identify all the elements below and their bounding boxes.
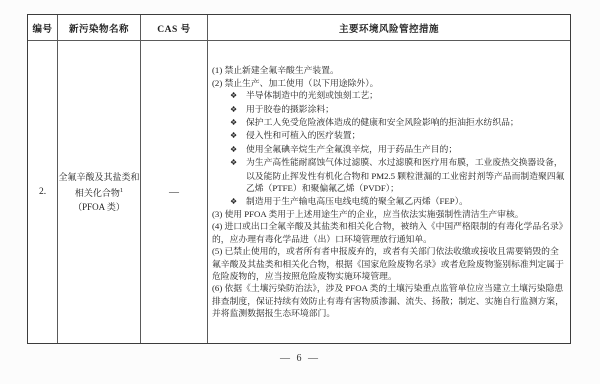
measure-paragraph: (6) 依据《土壤污染防治法》，涉及 PFOA 类的土壤污染重点监管单位应当建立…	[212, 282, 565, 319]
diamond-bullet-icon: ❖	[230, 130, 246, 142]
diamond-bullet-icon: ❖	[230, 90, 246, 102]
measure-text: 使用全氟碘辛烷生产全氟溴辛烷，用于药品生产目的；	[246, 144, 457, 154]
pollutant-name-line2: 相关化合物1	[58, 184, 139, 200]
measure-text: 制造用于生产输电高压电线电缆的聚全氟乙丙烯（FEP）。	[246, 196, 468, 206]
diamond-bullet-icon: ❖	[230, 144, 246, 156]
measure-bullet-item: ❖半导体制造中的光刻或蚀刻工艺；	[212, 89, 565, 102]
row-number-cell: 2.	[28, 41, 58, 343]
measure-paragraph: (5) 已禁止使用的，或者所有者申报废弃的，或者有关部门依法收缴或接收且需要销毁…	[212, 245, 565, 282]
diamond-bullet-icon: ❖	[230, 196, 246, 208]
pollutant-name-cell: 全氟辛酸及其盐类和 相关化合物1 （PFOA 类）	[58, 41, 141, 343]
measure-paragraph: (3) 使用 PFOA 类用于上述用途生产的企业，应当依法实施强制性清洁生产审核…	[212, 208, 565, 220]
header-cell-number: 编号	[28, 15, 58, 40]
header-cell-measures: 主要环境风险管控措施	[208, 15, 570, 40]
footnote-marker: 1	[120, 187, 123, 194]
table-header-row: 编号 新污染物名称 CAS 号 主要环境风险管控措施	[28, 15, 570, 41]
diamond-bullet-icon: ❖	[230, 157, 246, 169]
measure-bullet-item: ❖制造用于生产输电高压电线电缆的聚全氟乙丙烯（FEP）。	[212, 195, 565, 208]
measure-text: 用于胶卷的摄影涂料；	[246, 104, 334, 114]
measure-bullet-item: ❖用于胶卷的摄影涂料；	[212, 103, 565, 116]
measure-bullet-item: ❖为生产高性能耐腐蚀气体过滤膜、水过滤膜和医疗用布膜，工业废热交换器设备，以及能…	[212, 156, 565, 194]
measure-text: 侵入性和可植入的医疗装置；	[246, 130, 360, 140]
pollutant-name-line1: 全氟辛酸及其盐类和	[58, 170, 139, 184]
pollutant-name-line3: （PFOA 类）	[58, 200, 139, 214]
measure-paragraph: (2) 禁止生产、加工使用（以下用途除外）。	[212, 77, 565, 89]
diamond-bullet-icon: ❖	[230, 117, 246, 129]
page-number: — 6 —	[0, 353, 600, 364]
measure-text: 为生产高性能耐腐蚀气体过滤膜、水过滤膜和医疗用布膜，工业废热交换器设备，以及能防…	[246, 157, 564, 193]
header-cell-pollutant-name: 新污染物名称	[58, 15, 141, 40]
diamond-bullet-icon: ❖	[230, 104, 246, 116]
table-row: 2. 全氟辛酸及其盐类和 相关化合物1 （PFOA 类） — (1) 禁止新建全…	[28, 41, 570, 343]
pollutant-name: 全氟辛酸及其盐类和 相关化合物1 （PFOA 类）	[58, 170, 139, 214]
measure-bullet-item: ❖侵入性和可植入的医疗装置；	[212, 129, 565, 142]
measure-text: 半导体制造中的光刻或蚀刻工艺；	[246, 90, 378, 100]
measure-paragraph: (1) 禁止新建全氟辛酸生产装置。	[212, 64, 565, 76]
header-cell-cas: CAS 号	[141, 15, 208, 40]
measures-list: (1) 禁止新建全氟辛酸生产装置。(2) 禁止生产、加工使用（以下用途除外）。❖…	[208, 41, 570, 343]
cas-number-cell: —	[141, 41, 208, 343]
pollutant-control-table: 编号 新污染物名称 CAS 号 主要环境风险管控措施 2. 全氟辛酸及其盐类和 …	[27, 14, 571, 344]
measure-text: 保护工人免受危险液体造成的健康和安全风险影响的拒油拒水纺织品；	[246, 117, 519, 127]
measure-bullet-item: ❖保护工人免受危险液体造成的健康和安全风险影响的拒油拒水纺织品；	[212, 116, 565, 129]
measure-paragraph: (4) 进口或出口全氟辛酸及其盐类和相关化合物，被纳入《中国严格限制的有毒化学品…	[212, 220, 565, 245]
pollutant-name-line2-text: 相关化合物	[75, 188, 120, 198]
measure-bullet-item: ❖使用全氟碘辛烷生产全氟溴辛烷，用于药品生产目的；	[212, 143, 565, 156]
